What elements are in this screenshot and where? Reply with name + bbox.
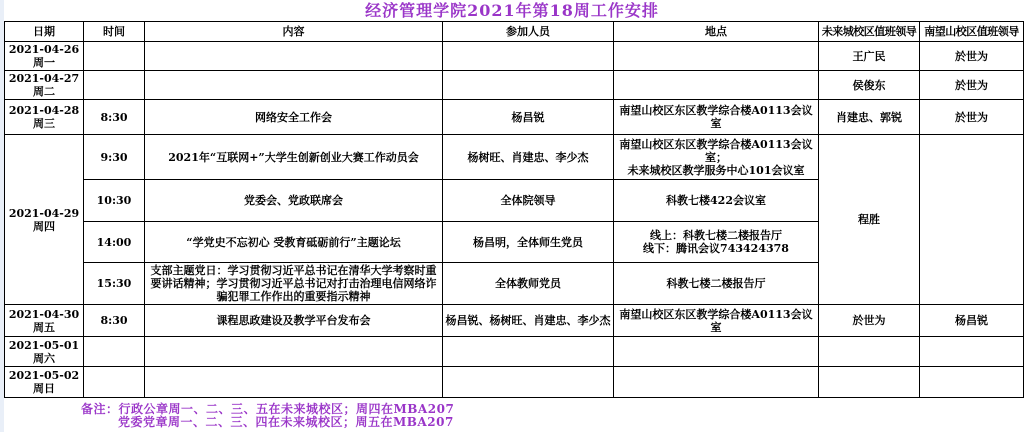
- cell-time: 14:00: [84, 222, 145, 263]
- footnotes: 备注：行政公章周一、二、三、五在未来城校区；周四在MBA207 党委党章周一、二…: [81, 403, 1024, 429]
- cell-time: [84, 367, 145, 398]
- table-header-row: 日期 时间 内容 参加人员 地点 未来城校区值班领导 南望山校区值班领导: [5, 22, 1024, 42]
- date-value: 2021-04-30: [7, 308, 81, 321]
- col-header-future-campus-duty: 未来城校区值班领导: [819, 22, 920, 42]
- table-row-monday: 2021-04-26 周一 王广民 於世为: [5, 42, 1024, 71]
- cell-content: 网络安全工作会: [145, 100, 443, 135]
- cell-participants: [443, 42, 614, 71]
- cell-time: 9:30: [84, 135, 145, 180]
- cell-nanwangshan-duty: 於世为: [920, 42, 1024, 71]
- page-title: 经济管理学院2021年第18周工作安排: [0, 0, 1024, 21]
- date-value: 2021-04-29: [7, 207, 81, 220]
- cell-future-duty: 王广民: [819, 42, 920, 71]
- date-value: 2021-05-02: [7, 369, 81, 382]
- cell-nanwangshan-duty: 於世为: [920, 71, 1024, 100]
- cell-time: 15:30: [84, 263, 145, 305]
- cell-date: 2021-04-30 周五: [5, 305, 84, 337]
- cell-location: 南望山校区东区教学综合楼A0113会议室: [614, 305, 819, 337]
- cell-participants: 杨昌明，全体师生党员: [443, 222, 614, 263]
- cell-location: [614, 367, 819, 398]
- weekday-value: 周四: [7, 220, 81, 233]
- cell-nanwangshan-duty: [920, 135, 1024, 305]
- cell-location: [614, 337, 819, 367]
- cell-date: 2021-04-28 周三: [5, 100, 84, 135]
- table-row-saturday: 2021-05-01 周六: [5, 337, 1024, 367]
- col-header-location: 地点: [614, 22, 819, 42]
- cell-content: “学党史不忘初心 受教育砥砺前行”主题论坛: [145, 222, 443, 263]
- cell-nanwangshan-duty: 於世为: [920, 100, 1024, 135]
- weekday-value: 周三: [7, 117, 81, 130]
- footnote-party-seal: 党委党章周一、二、三、四在未来城校区；周五在MBA207: [118, 416, 1024, 429]
- cell-content: [145, 71, 443, 100]
- schedule-table: 日期 时间 内容 参加人员 地点 未来城校区值班领导 南望山校区值班领导 202…: [4, 21, 1024, 398]
- cell-participants: 杨树旺、肖建忠、李少杰: [443, 135, 614, 180]
- cell-content: [145, 337, 443, 367]
- left-gutter: [0, 0, 4, 432]
- cell-participants: 杨昌锐、杨树旺、肖建忠、李少杰: [443, 305, 614, 337]
- table-row-friday: 2021-04-30 周五 8:30 课程思政建设及教学平台发布会 杨昌锐、杨树…: [5, 305, 1024, 337]
- weekday-value: 周日: [7, 382, 81, 395]
- cell-time: 8:30: [84, 100, 145, 135]
- date-value: 2021-04-27: [7, 72, 81, 85]
- weekday-value: 周五: [7, 321, 81, 334]
- cell-time: [84, 42, 145, 71]
- date-value: 2021-04-28: [7, 104, 81, 117]
- cell-content: [145, 42, 443, 71]
- cell-location: 南望山校区东区教学综合楼A0113会议室； 未来城校区教学服务中心101会议室: [614, 135, 819, 180]
- cell-date: 2021-04-29 周四: [5, 135, 84, 305]
- col-header-nanwangshan-duty: 南望山校区值班领导: [920, 22, 1024, 42]
- cell-date: 2021-05-02 周日: [5, 367, 84, 398]
- cell-nanwangshan-duty: [920, 367, 1024, 398]
- cell-participants: 全体教师党员: [443, 263, 614, 305]
- table-row-sunday: 2021-05-02 周日: [5, 367, 1024, 398]
- table-row-tuesday: 2021-04-27 周二 侯俊东 於世为: [5, 71, 1024, 100]
- cell-time: 10:30: [84, 180, 145, 222]
- cell-future-duty: 程胜: [819, 135, 920, 305]
- cell-nanwangshan-duty: [920, 337, 1024, 367]
- date-value: 2021-04-26: [7, 43, 81, 56]
- schedule-page: 经济管理学院2021年第18周工作安排 日期 时间 内容 参加人员 地点 未来城…: [0, 0, 1024, 432]
- cell-participants: 杨昌锐: [443, 100, 614, 135]
- cell-content: 支部主题党日：学习贯彻习近平总书记在清华大学考察时重要讲话精神；学习贯彻习近平总…: [145, 263, 443, 305]
- table-row-wednesday: 2021-04-28 周三 8:30 网络安全工作会 杨昌锐 南望山校区东区教学…: [5, 100, 1024, 135]
- col-header-time: 时间: [84, 22, 145, 42]
- cell-future-duty: 於世为: [819, 305, 920, 337]
- cell-future-duty: 侯俊东: [819, 71, 920, 100]
- cell-content: 党委会、党政联席会: [145, 180, 443, 222]
- cell-content: 2021年“互联网+”大学生创新创业大赛工作动员会: [145, 135, 443, 180]
- cell-date: 2021-05-01 周六: [5, 337, 84, 367]
- cell-location: [614, 71, 819, 100]
- cell-content: [145, 367, 443, 398]
- cell-future-duty: [819, 367, 920, 398]
- cell-location: 南望山校区东区教学综合楼A0113会议室: [614, 100, 819, 135]
- cell-time: [84, 337, 145, 367]
- cell-location: 线上：科教七楼二楼报告厅 线下：腾讯会议743424378: [614, 222, 819, 263]
- cell-participants: [443, 337, 614, 367]
- cell-participants: 全体院领导: [443, 180, 614, 222]
- cell-future-duty: [819, 337, 920, 367]
- col-header-participants: 参加人员: [443, 22, 614, 42]
- weekday-value: 周一: [7, 56, 81, 69]
- table-row-thursday-1: 2021-04-29 周四 9:30 2021年“互联网+”大学生创新创业大赛工…: [5, 135, 1024, 180]
- col-header-content: 内容: [145, 22, 443, 42]
- cell-location: [614, 42, 819, 71]
- cell-time: 8:30: [84, 305, 145, 337]
- cell-participants: [443, 71, 614, 100]
- cell-time: [84, 71, 145, 100]
- date-value: 2021-05-01: [7, 339, 81, 352]
- cell-content: 课程思政建设及教学平台发布会: [145, 305, 443, 337]
- cell-date: 2021-04-27 周二: [5, 71, 84, 100]
- weekday-value: 周六: [7, 352, 81, 365]
- cell-date: 2021-04-26 周一: [5, 42, 84, 71]
- cell-participants: [443, 367, 614, 398]
- cell-future-duty: 肖建忠、郭锐: [819, 100, 920, 135]
- weekday-value: 周二: [7, 85, 81, 98]
- cell-nanwangshan-duty: 杨昌锐: [920, 305, 1024, 337]
- cell-location: 科教七楼422会议室: [614, 180, 819, 222]
- col-header-date: 日期: [5, 22, 84, 42]
- cell-location: 科教七楼二楼报告厅: [614, 263, 819, 305]
